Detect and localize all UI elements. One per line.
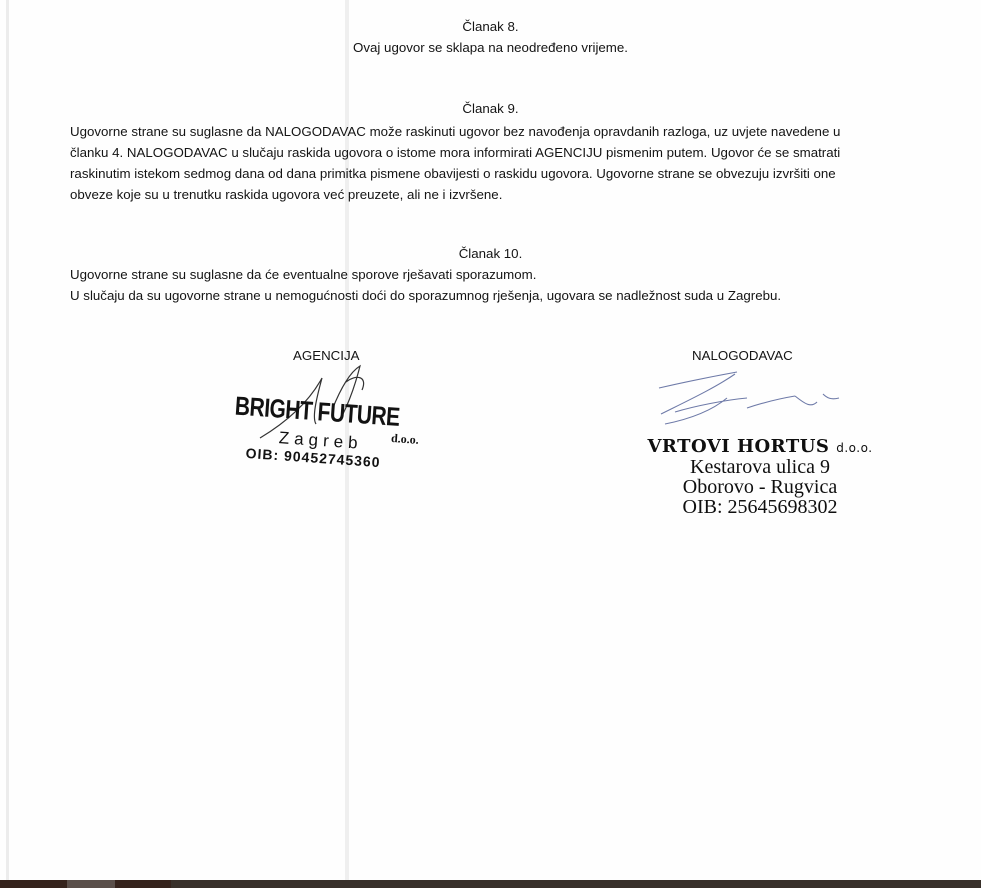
taskbar-segment — [0, 880, 67, 888]
article-8-text: Ovaj ugovor se sklapa na neodređeno vrij… — [0, 40, 981, 55]
article-9-line: obveze koje su u trenutku raskida ugovor… — [70, 184, 900, 205]
article-10-line: U slučaju da su ugovorne strane u nemogu… — [70, 285, 900, 306]
article-9-text: Ugovorne strane su suglasne da NALOGODAV… — [70, 121, 900, 205]
client-stamp-oib: OIB: 25645698302 — [640, 497, 880, 517]
document-page: Članak 8. Ovaj ugovor se sklapa na neodr… — [0, 0, 981, 880]
client-stamp: VRTOVI HORTUS d.o.o. Kestarova ulica 9 O… — [640, 436, 880, 517]
client-label: NALOGODAVAC — [692, 348, 793, 363]
client-stamp-place: Oborovo - Rugvica — [640, 477, 880, 497]
article-9-line: raskinutim istekom sedmog dana od dana p… — [70, 163, 900, 184]
taskbar — [0, 880, 981, 888]
article-10-text: Ugovorne strane su suglasne da će eventu… — [70, 264, 900, 306]
client-stamp-name: VRTOVI HORTUS — [647, 436, 829, 457]
client-stamp-suffix: d.o.o. — [836, 441, 872, 455]
agency-stamp-suffix: d.o.o. — [391, 431, 420, 448]
taskbar-segment — [115, 880, 171, 888]
article-9-line: Ugovorne strane su suglasne da NALOGODAV… — [70, 121, 900, 142]
taskbar-active-item[interactable] — [67, 880, 115, 888]
article-8-heading: Članak 8. — [0, 19, 981, 34]
article-10-heading: Članak 10. — [0, 246, 981, 261]
article-9-line: članku 4. NALOGODAVAC u slučaju raskida … — [70, 142, 900, 163]
article-10-line: Ugovorne strane su suglasne da će eventu… — [70, 264, 900, 285]
agency-stamp: BRIGHT FUTURE d.o.o. Zagreb OIB: 9045274… — [230, 392, 456, 497]
client-stamp-address: Kestarova ulica 9 — [640, 457, 880, 477]
client-stamp-name-line: VRTOVI HORTUS d.o.o. — [640, 436, 880, 457]
page-edge — [6, 0, 9, 880]
taskbar-segment — [171, 880, 981, 888]
article-9-heading: Članak 9. — [0, 101, 981, 116]
agency-stamp-name: BRIGHT FUTURE — [234, 392, 456, 437]
client-signature — [655, 368, 845, 428]
